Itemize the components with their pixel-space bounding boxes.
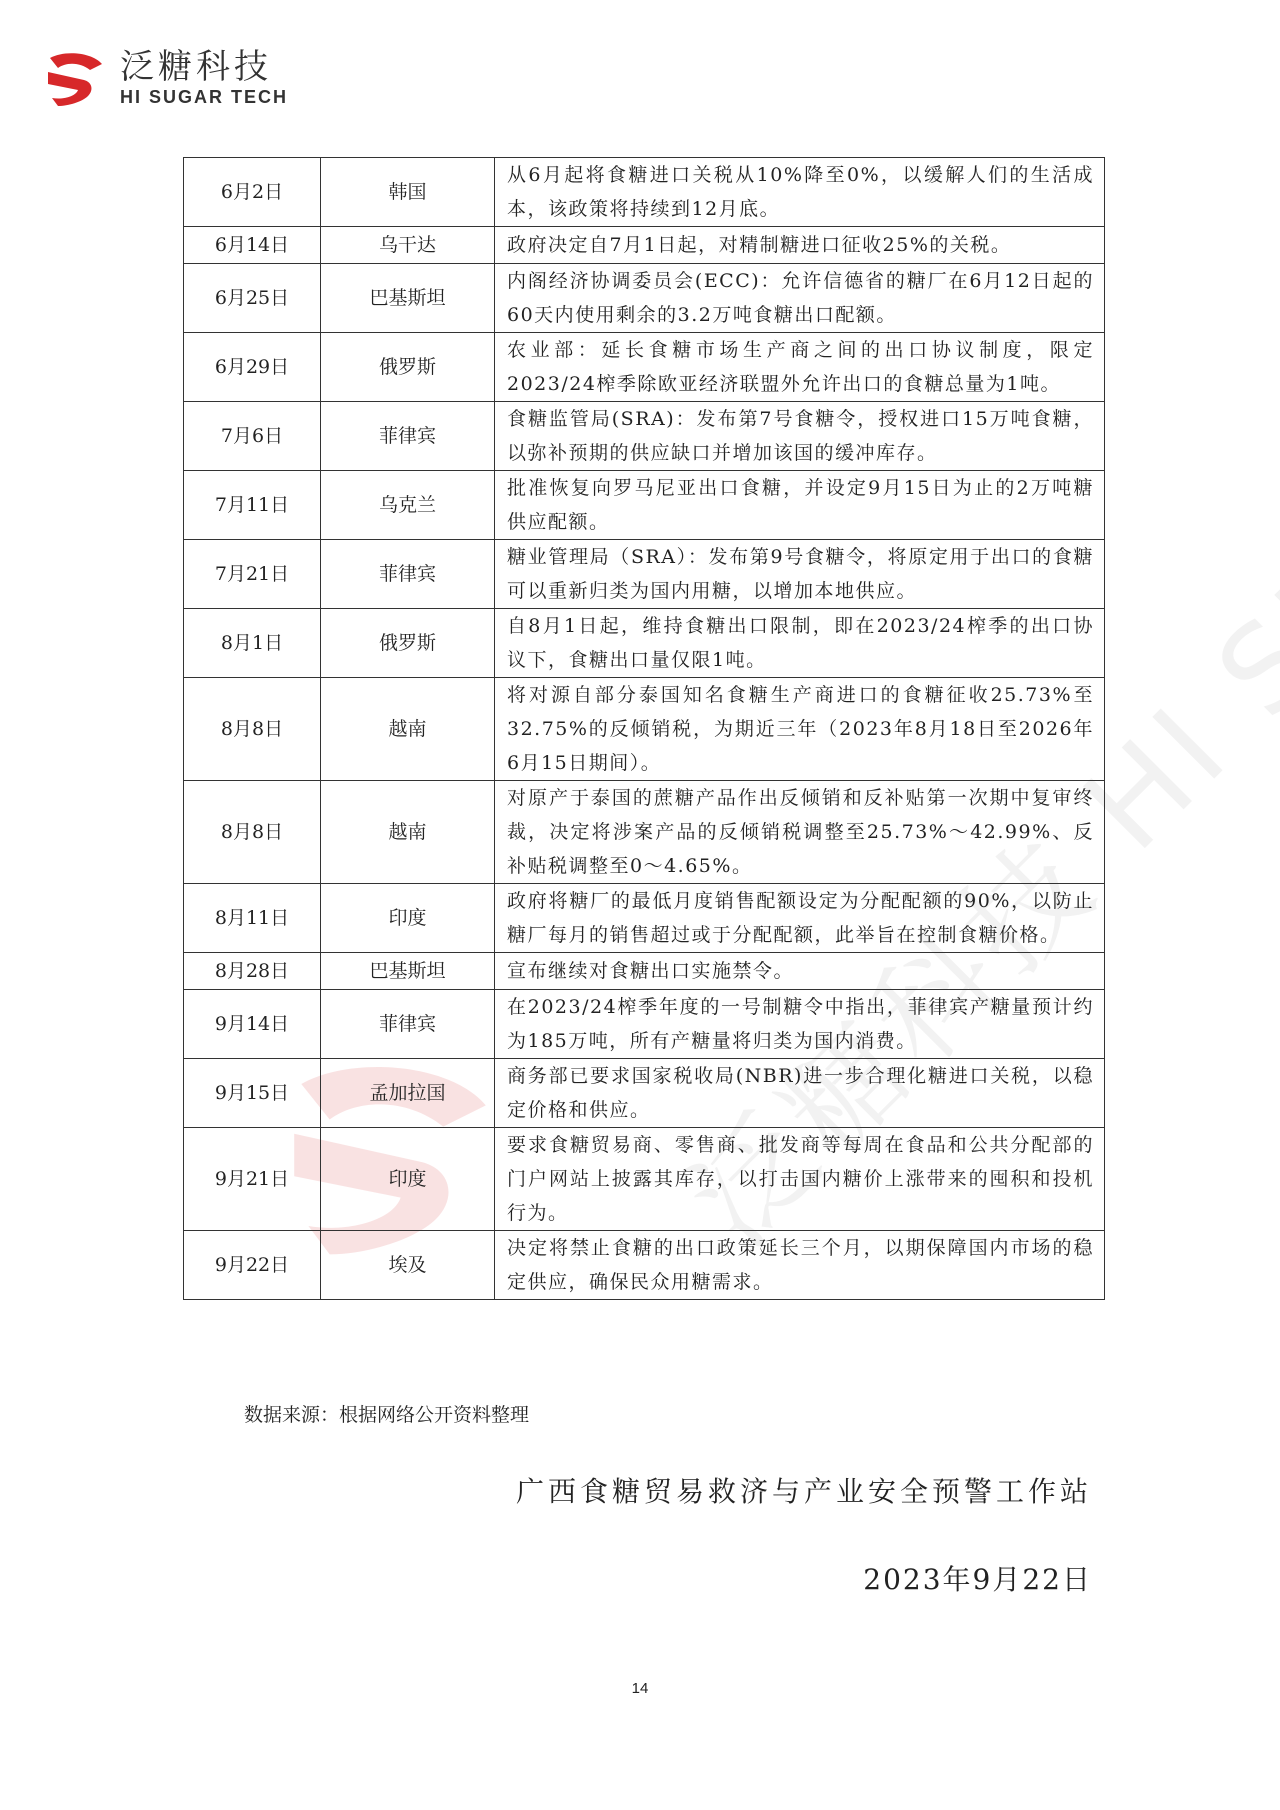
date-cell: 8月8日: [184, 678, 321, 781]
table-row: 6月2日韩国从6月起将食糖进口关税从10%降至0%，以缓解人们的生活成本，该政策…: [184, 158, 1105, 227]
table-row: 7月21日菲律宾糖业管理局（SRA）：发布第9号食糖令，将原定用于出口的食糖可以…: [184, 540, 1105, 609]
organization-signature: 广西食糖贸易救济与产业安全预警工作站: [516, 1470, 1092, 1510]
table-row: 7月11日乌克兰批准恢复向罗马尼亚出口食糖，并设定9月15日为止的2万吨糖供应配…: [184, 471, 1105, 540]
policy-table: 6月2日韩国从6月起将食糖进口关税从10%降至0%，以缓解人们的生活成本，该政策…: [183, 157, 1105, 1300]
description-cell: 内阁经济协调委员会(ECC)：允许信德省的糖厂在6月12日起的60天内使用剩余的…: [495, 264, 1105, 333]
table-row: 6月25日巴基斯坦内阁经济协调委员会(ECC)：允许信德省的糖厂在6月12日起的…: [184, 264, 1105, 333]
description-cell: 糖业管理局（SRA）：发布第9号食糖令，将原定用于出口的食糖可以重新归类为国内用…: [495, 540, 1105, 609]
country-cell: 巴基斯坦: [321, 953, 495, 990]
date-cell: 6月14日: [184, 227, 321, 264]
description-cell: 将对源自部分泰国知名食糖生产商进口的食糖征收25.73%至32.75%的反倾销税…: [495, 678, 1105, 781]
table-row: 8月28日巴基斯坦宣布继续对食糖出口实施禁令。: [184, 953, 1105, 990]
logo-mark-icon: [44, 48, 106, 108]
table-row: 8月11日印度政府将糖厂的最低月度销售配额设定为分配配额的90%，以防止糖厂每月…: [184, 884, 1105, 953]
page-number: 14: [0, 1680, 1280, 1697]
country-cell: 俄罗斯: [321, 609, 495, 678]
table-row: 8月8日越南将对源自部分泰国知名食糖生产商进口的食糖征收25.73%至32.75…: [184, 678, 1105, 781]
description-cell: 从6月起将食糖进口关税从10%降至0%，以缓解人们的生活成本，该政策将持续到12…: [495, 158, 1105, 227]
table-row: 9月22日埃及决定将禁止食糖的出口政策延长三个月，以期保障国内市场的稳定供应，确…: [184, 1231, 1105, 1300]
country-cell: 巴基斯坦: [321, 264, 495, 333]
country-cell: 菲律宾: [321, 990, 495, 1059]
country-cell: 乌干达: [321, 227, 495, 264]
date-cell: 7月6日: [184, 402, 321, 471]
description-cell: 政府决定自7月1日起，对精制糖进口征收25%的关税。: [495, 227, 1105, 264]
country-cell: 俄罗斯: [321, 333, 495, 402]
description-cell: 政府将糖厂的最低月度销售配额设定为分配配额的90%，以防止糖厂每月的销售超过或于…: [495, 884, 1105, 953]
country-cell: 越南: [321, 781, 495, 884]
description-cell: 商务部已要求国家税收局(NBR)进一步合理化糖进口关税，以稳定价格和供应。: [495, 1059, 1105, 1128]
date-cell: 8月11日: [184, 884, 321, 953]
description-cell: 宣布继续对食糖出口实施禁令。: [495, 953, 1105, 990]
country-cell: 孟加拉国: [321, 1059, 495, 1128]
date-cell: 8月28日: [184, 953, 321, 990]
country-cell: 韩国: [321, 158, 495, 227]
country-cell: 埃及: [321, 1231, 495, 1300]
table-row: 9月15日孟加拉国商务部已要求国家税收局(NBR)进一步合理化糖进口关税，以稳定…: [184, 1059, 1105, 1128]
table-row: 6月29日俄罗斯农业部：延长食糖市场生产商之间的出口协议制度，限定2023/24…: [184, 333, 1105, 402]
description-cell: 批准恢复向罗马尼亚出口食糖，并设定9月15日为止的2万吨糖供应配额。: [495, 471, 1105, 540]
description-cell: 对原产于泰国的蔗糖产品作出反倾销和反补贴第一次期中复审终裁，决定将涉案产品的反倾…: [495, 781, 1105, 884]
date-cell: 9月22日: [184, 1231, 321, 1300]
table-row: 9月14日菲律宾在2023/24榨季年度的一号制糖令中指出，菲律宾产糖量预计约为…: [184, 990, 1105, 1059]
date-cell: 8月8日: [184, 781, 321, 884]
description-cell: 自8月1日起，维持食糖出口限制，即在2023/24榨季的出口协议下，食糖出口量仅…: [495, 609, 1105, 678]
country-cell: 乌克兰: [321, 471, 495, 540]
description-cell: 农业部：延长食糖市场生产商之间的出口协议制度，限定2023/24榨季除欧亚经济联…: [495, 333, 1105, 402]
date-cell: 7月11日: [184, 471, 321, 540]
data-source-note: 数据来源：根据网络公开资料整理: [244, 1400, 529, 1427]
date-cell: 6月25日: [184, 264, 321, 333]
date-cell: 8月1日: [184, 609, 321, 678]
logo-english-name: HI SUGAR TECH: [120, 86, 288, 108]
logo-chinese-name: 泛糖科技: [120, 48, 288, 86]
signature-date: 2023年9月22日: [863, 1558, 1092, 1598]
description-cell: 决定将禁止食糖的出口政策延长三个月，以期保障国内市场的稳定供应，确保民众用糖需求…: [495, 1231, 1105, 1300]
company-logo: 泛糖科技 HI SUGAR TECH: [44, 48, 288, 108]
description-cell: 要求食糖贸易商、零售商、批发商等每周在食品和公共分配部的门户网站上披露其库存，以…: [495, 1128, 1105, 1231]
date-cell: 7月21日: [184, 540, 321, 609]
table-row: 8月1日俄罗斯自8月1日起，维持食糖出口限制，即在2023/24榨季的出口协议下…: [184, 609, 1105, 678]
table-row: 6月14日乌干达政府决定自7月1日起，对精制糖进口征收25%的关税。: [184, 227, 1105, 264]
description-cell: 在2023/24榨季年度的一号制糖令中指出，菲律宾产糖量预计约为185万吨，所有…: [495, 990, 1105, 1059]
description-cell: 食糖监管局(SRA)：发布第7号食糖令，授权进口15万吨食糖，以弥补预期的供应缺…: [495, 402, 1105, 471]
date-cell: 9月14日: [184, 990, 321, 1059]
date-cell: 6月2日: [184, 158, 321, 227]
table-row: 8月8日越南对原产于泰国的蔗糖产品作出反倾销和反补贴第一次期中复审终裁，决定将涉…: [184, 781, 1105, 884]
country-cell: 越南: [321, 678, 495, 781]
date-cell: 9月21日: [184, 1128, 321, 1231]
country-cell: 菲律宾: [321, 540, 495, 609]
country-cell: 印度: [321, 884, 495, 953]
date-cell: 9月15日: [184, 1059, 321, 1128]
table-row: 7月6日菲律宾食糖监管局(SRA)：发布第7号食糖令，授权进口15万吨食糖，以弥…: [184, 402, 1105, 471]
table-row: 9月21日印度要求食糖贸易商、零售商、批发商等每周在食品和公共分配部的门户网站上…: [184, 1128, 1105, 1231]
date-cell: 6月29日: [184, 333, 321, 402]
country-cell: 印度: [321, 1128, 495, 1231]
country-cell: 菲律宾: [321, 402, 495, 471]
